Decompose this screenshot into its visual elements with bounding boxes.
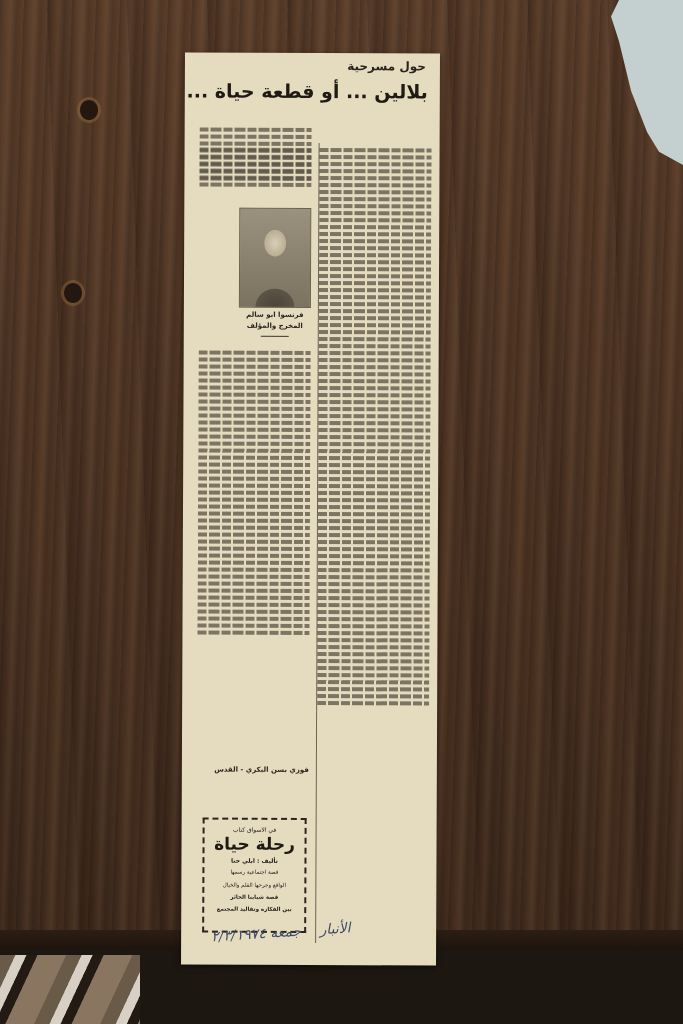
author-photo <box>239 208 311 308</box>
article-column-left-body <box>197 348 311 758</box>
book-advertisement: في الاسواق كتاب رحلة حياة تأليف : ابلي ح… <box>202 818 307 933</box>
ad-description-1: قصة اجتماعية رسمها <box>208 868 300 878</box>
wood-knot <box>64 283 82 303</box>
article-kicker: حول مسرحية <box>347 59 426 73</box>
ad-author: تأليف : ابلي حنا <box>208 858 300 865</box>
rug <box>0 955 140 1024</box>
photo-caption: فرنسوا ابو سالم المخرج والمؤلف <box>239 310 311 332</box>
wood-knot <box>80 100 98 120</box>
article-headline: بلالين ... أو قطعة حياة ... <box>187 80 428 103</box>
caption-role: المخرج والمؤلف <box>239 321 311 332</box>
ad-title: رحلة حياة <box>208 834 300 856</box>
article-column-right <box>316 145 431 935</box>
newspaper-clipping: حول مسرحية بلالين ... أو قطعة حياة ... ف… <box>181 52 440 965</box>
ad-tagline-1: قصة شبابنا الحائر <box>208 893 300 903</box>
handwritten-source: الأنبار <box>319 920 351 938</box>
caption-rule <box>261 336 289 337</box>
article-byline: فوزي بسن البكري - القدس <box>197 766 309 774</box>
ad-tagline-2: بين الفكاره وتقاليد المجتمع <box>208 905 300 915</box>
ad-description-2: الواقع وجرحها القلم والخيال <box>208 881 300 891</box>
caption-name: فرنسوا ابو سالم <box>239 310 311 321</box>
article-column-left-top2 <box>199 125 311 205</box>
